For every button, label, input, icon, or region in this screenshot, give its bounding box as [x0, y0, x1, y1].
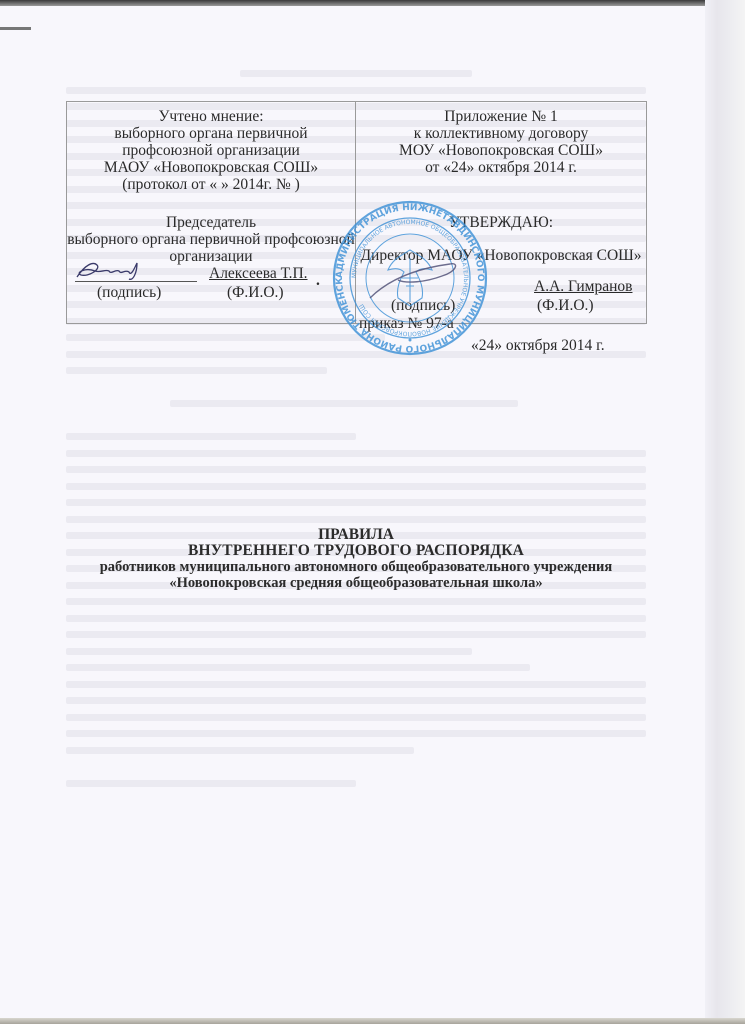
scan-mark [0, 27, 31, 30]
appendix-line: к коллективному договору [356, 125, 646, 142]
appendix-line: Приложение № 1 [356, 108, 646, 125]
appendix-date-line: от «24» октября 2014 г. [356, 159, 646, 176]
union-approval-block: Учтено мнение: выборного органа первично… [67, 102, 356, 323]
title-school-line: «Новопокровская средняя общеобразователь… [66, 575, 646, 591]
union-heading-line: выборного органа первичной [67, 125, 355, 142]
union-heading-line: МАОУ «Новопокровская СОШ» [67, 159, 355, 176]
union-heading-line: профсоюзной организации [67, 142, 355, 159]
union-chair-name: Алексеева Т.П. [209, 265, 308, 282]
approval-table: Учтено мнение: выборного органа первично… [66, 101, 647, 324]
name-caption: (Ф.И.О.) [537, 297, 594, 314]
title-line: ВНУТРЕННЕГО ТРУДОВОГО РАСПОРЯДКА [66, 543, 646, 559]
director-line: Директор МАОУ «Новопокровская СОШ» [356, 247, 646, 264]
director-name: А.А. Гимранов [534, 278, 632, 295]
title-line: ПРАВИЛА [66, 527, 646, 543]
approval-date: «24» октября 2014 г. [471, 337, 605, 354]
protocol-line: (протокол от « » 2014г. № ) [67, 176, 355, 193]
appendix-line: МОУ «Новопокровская СОШ» [356, 142, 646, 159]
union-heading-line: Учтено мнение: [67, 108, 355, 125]
handwritten-signature-icon [71, 257, 161, 283]
document-title: ПРАВИЛА ВНУТРЕННЕГО ТРУДОВОГО РАСПОРЯДКА… [66, 527, 646, 591]
director-approval-block: Приложение № 1 к коллективному договору … [356, 102, 646, 323]
scan-edge-bottom [0, 1018, 745, 1024]
chairman-line: выборного органа первичной профсоюзной [67, 231, 355, 248]
title-org-line: работников муниципального автономного об… [66, 559, 646, 575]
name-caption: (Ф.И.О.) [227, 284, 284, 301]
dot-mark: . [316, 272, 320, 289]
order-number: приказ № 97-а [359, 315, 454, 332]
chairman-line: Председатель [67, 214, 355, 231]
scan-edge-right [705, 0, 745, 1024]
signature-line [75, 281, 197, 282]
approve-label: УТВЕРЖДАЮ: [356, 214, 646, 231]
signature-caption: (подпись) [391, 297, 455, 314]
signature-caption: (подпись) [97, 284, 161, 301]
